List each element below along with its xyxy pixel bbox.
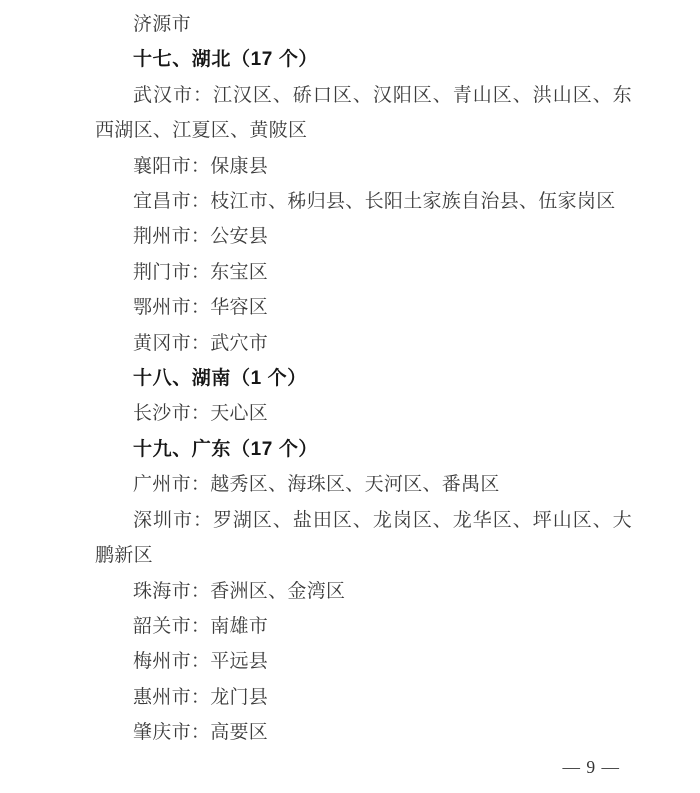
section-heading-hunan: 十八、湖南（1 个） [95, 361, 632, 396]
city-entry-ezhou: 鄂州市：华容区 [95, 290, 632, 325]
city-entry-huizhou: 惠州市：龙门县 [95, 680, 632, 715]
city-entry-yichang: 宜昌市：枝江市、秭归县、长阳土家族自治县、伍家岗区 [95, 184, 632, 219]
city-entry-xiangyang: 襄阳市：保康县 [95, 149, 632, 184]
document-page: 济源市 十七、湖北（17 个） 武汉市：江汉区、硚口区、汉阳区、青山区、洪山区、… [0, 0, 700, 793]
city-entry-shaoguan: 韶关市：南雄市 [95, 609, 632, 644]
city-entry-meizhou: 梅州市：平远县 [95, 644, 632, 679]
section-heading-hubei: 十七、湖北（17 个） [95, 42, 632, 77]
city-entry-zhaoqing: 肇庆市：高要区 [95, 715, 632, 750]
page-number: — 9 — [563, 757, 621, 778]
city-entry-guangzhou: 广州市：越秀区、海珠区、天河区、番禺区 [95, 467, 632, 502]
document-body: 济源市 十七、湖北（17 个） 武汉市：江汉区、硚口区、汉阳区、青山区、洪山区、… [95, 7, 632, 751]
section-heading-guangdong: 十九、广东（17 个） [95, 432, 632, 467]
city-entry-shenzhen: 深圳市：罗湖区、盐田区、龙岗区、龙华区、坪山区、大鹏新区 [95, 503, 632, 574]
city-entry-huanggang: 黄冈市：武穴市 [95, 326, 632, 361]
city-entry-jingzhou: 荆州市：公安县 [95, 219, 632, 254]
city-entry-wuhan: 武汉市：江汉区、硚口区、汉阳区、青山区、洪山区、东西湖区、江夏区、黄陂区 [95, 78, 632, 149]
city-entry-jiyuan: 济源市 [95, 7, 632, 42]
city-entry-zhuhai: 珠海市：香洲区、金湾区 [95, 574, 632, 609]
city-entry-jingmen: 荆门市：东宝区 [95, 255, 632, 290]
city-entry-changsha: 长沙市：天心区 [95, 396, 632, 431]
